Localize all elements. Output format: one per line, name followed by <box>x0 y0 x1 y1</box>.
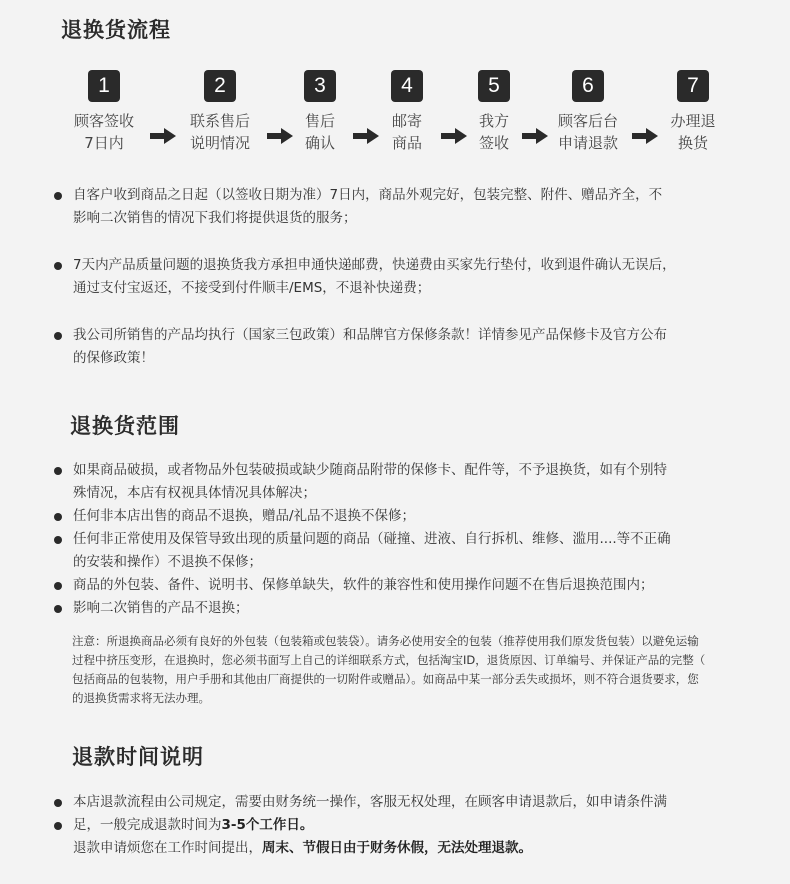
list-item: 任何非正常使用及保管导致出现的质量问题的商品（碰撞、进液、自行拆机、维修、滥用.… <box>53 528 753 574</box>
step-number: 1 <box>88 70 120 102</box>
step-1: 1 顾客签收7日内 <box>70 70 138 154</box>
right-arrow-icon <box>353 128 379 144</box>
list-item: 我公司所销售的产品均执行（国家三包政策）和品牌官方保修条款！详情参见产品保修卡及… <box>53 324 753 370</box>
section-title-refund: 退款时间说明 <box>72 741 204 771</box>
bullet-icon <box>54 467 62 475</box>
process-steps: 1 顾客签收7日内 2 联系售后说明情况 3 售后确认 4 邮寄商品 5 我方签… <box>0 70 790 170</box>
step-label: 我方签收 <box>474 110 514 154</box>
right-arrow-icon <box>632 128 658 144</box>
refund-bullet-list: 本店退款流程由公司规定，需要由财务统一操作，客服无权处理，在顾客申请退款后，如申… <box>53 791 753 837</box>
bullet-icon <box>54 822 62 830</box>
bullet-icon <box>54 799 62 807</box>
step-label: 联系售后说明情况 <box>186 110 254 154</box>
step-4: 4 邮寄商品 <box>387 70 427 154</box>
scope-bullet-list: 如果商品破损，或者物品外包装破损或缺少随商品附带的保修卡、配件等，不予退换货，如… <box>53 459 753 620</box>
refund-duration: 3-5个工作日。 <box>222 817 314 833</box>
step-number: 3 <box>304 70 336 102</box>
list-item: 任何非本店出售的商品不退换，赠品/礼品不退换不保修； <box>53 505 753 528</box>
section-title-scope: 退换货范围 <box>70 410 180 440</box>
step-number: 7 <box>677 70 709 102</box>
packaging-note: 注意：所退换商品必须有良好的外包装（包装箱或包装袋）。请务必使用安全的包装（推荐… <box>72 632 737 708</box>
list-item: 7天内产品质量问题的退换货我方承担申通快递邮费，快递费由买家先行垫付，收到退件确… <box>53 254 753 300</box>
step-label: 售后确认 <box>300 110 340 154</box>
step-5: 5 我方签收 <box>474 70 514 154</box>
step-number: 5 <box>478 70 510 102</box>
process-bullet-list: 自客户收到商品之日起（以签收日期为准）7日内，商品外观完好，包装完整、附件、赠品… <box>53 184 753 370</box>
step-number: 4 <box>391 70 423 102</box>
right-arrow-icon <box>522 128 548 144</box>
bullet-icon <box>54 605 62 613</box>
section-title-process: 退换货流程 <box>61 14 171 44</box>
right-arrow-icon <box>267 128 293 144</box>
bullet-icon <box>54 582 62 590</box>
right-arrow-icon <box>150 128 176 144</box>
list-item: 影响二次销售的产品不退换； <box>53 597 753 620</box>
bullet-icon <box>54 513 62 521</box>
step-number: 6 <box>572 70 604 102</box>
step-2: 2 联系售后说明情况 <box>186 70 254 154</box>
step-label: 办理退换货 <box>666 110 720 154</box>
step-6: 6 顾客后台申请退款 <box>554 70 622 154</box>
step-3: 3 售后确认 <box>300 70 340 154</box>
bullet-icon <box>54 536 62 544</box>
right-arrow-icon <box>441 128 467 144</box>
bullet-icon <box>54 192 62 200</box>
step-label: 顾客签收7日内 <box>70 110 138 154</box>
list-item: 如果商品破损，或者物品外包装破损或缺少随商品附带的保修卡、配件等，不予退换货，如… <box>53 459 753 505</box>
list-item: 自客户收到商品之日起（以签收日期为准）7日内，商品外观完好，包装完整、附件、赠品… <box>53 184 753 230</box>
list-item: 商品的外包装、备件、说明书、保修单缺失，软件的兼容性和使用操作问题不在售后退换范… <box>53 574 753 597</box>
holiday-warning: 周末、节假日由于财务休假，无法处理退款。 <box>262 840 532 856</box>
step-label: 邮寄商品 <box>387 110 427 154</box>
refund-note: 退款申请烦您在工作时间提出，周末、节假日由于财务休假，无法处理退款。 <box>73 837 532 860</box>
bullet-icon <box>54 262 62 270</box>
step-number: 2 <box>204 70 236 102</box>
bullet-icon <box>54 332 62 340</box>
step-label: 顾客后台申请退款 <box>554 110 622 154</box>
list-item: 本店退款流程由公司规定，需要由财务统一操作，客服无权处理，在顾客申请退款后，如申… <box>53 791 753 814</box>
step-7: 7 办理退换货 <box>666 70 720 154</box>
list-item: 足，一般完成退款时间为3-5个工作日。 <box>53 814 753 837</box>
